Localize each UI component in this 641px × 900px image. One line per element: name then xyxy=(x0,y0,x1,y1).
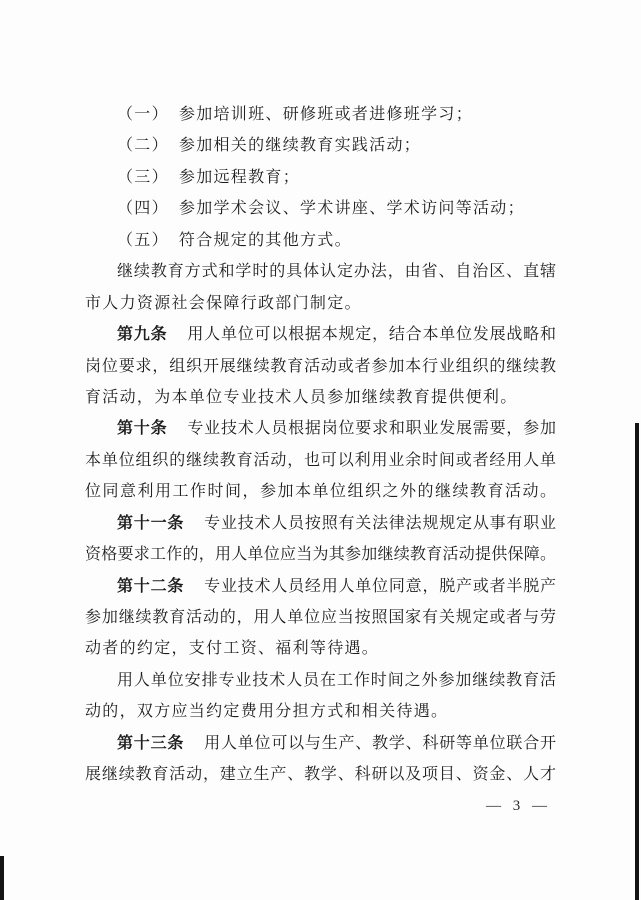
document-line: 展继续教育活动，建立生产、教学、科研以及项目、资金、人才 xyxy=(85,759,556,790)
document-line: 第十二条专业技术人员经用人单位同意，脱产或者半脱产 xyxy=(85,571,556,602)
line-text: 参加相关的继续教育实践活动； xyxy=(179,137,421,154)
article-number: 第十条 xyxy=(117,420,167,437)
line-text: 用人单位可以与生产、教学、科研等单位联合开 xyxy=(204,735,556,752)
document-line: 第十条专业技术人员根据岗位要求和职业发展需要，参加 xyxy=(85,413,556,444)
article-number: 第十二条 xyxy=(117,578,184,595)
document-line: 第十三条用人单位可以与生产、教学、科研等单位联合开 xyxy=(85,728,556,759)
list-item-number: （四） xyxy=(117,200,169,217)
line-text: 继续教育方式和学时的具体认定办法，由省、自治区、直辖 xyxy=(117,263,556,280)
line-text: 动的，双方应当约定费用分担方式和相关待遇。 xyxy=(85,703,448,720)
document-line: （二）参加相关的继续教育实践活动； xyxy=(85,130,556,161)
document-line: （一）参加培训班、研修班或者进修班学习； xyxy=(85,99,556,130)
line-text: 专业技术人员根据岗位要求和职业发展需要，参加 xyxy=(187,420,556,437)
line-text: 参加学术会议、学术讲座、学术访问等活动； xyxy=(179,200,525,217)
line-text: 育活动，为本单位专业技术人员参加继续教育提供便利。 xyxy=(85,389,518,406)
document-body: （一）参加培训班、研修班或者进修班学习； （二）参加相关的继续教育实践活动； （… xyxy=(85,99,556,791)
line-text: 参加远程教育； xyxy=(179,169,300,186)
document-line: 岗位要求，组织开展继续教育活动或者参加本行业组织的继续教 xyxy=(85,351,556,382)
document-page: （一）参加培训班、研修班或者进修班学习； （二）参加相关的继续教育实践活动； （… xyxy=(0,0,641,900)
document-line: （三）参加远程教育； xyxy=(85,162,556,193)
list-item-number: （五） xyxy=(117,232,169,249)
line-text: 市人力资源社会保障行政部门制定。 xyxy=(85,295,362,312)
document-line: 位同意利用工作时间，参加本单位组织之外的继续教育活动。 xyxy=(85,476,556,507)
page-number: — 3 — xyxy=(486,798,551,815)
article-number: 第九条 xyxy=(117,326,167,343)
line-text: 专业技术人员按照有关法律法规规定从事有职业 xyxy=(204,515,556,532)
line-text: 岗位要求，组织开展继续教育活动或者参加本行业组织的继续教 xyxy=(85,358,556,375)
document-line: 动的，双方应当约定费用分担方式和相关待遇。 xyxy=(85,696,556,727)
document-line: 动者的约定，支付工资、福利等待遇。 xyxy=(85,633,556,664)
article-number: 第十一条 xyxy=(117,515,184,532)
line-text: 位同意利用工作时间，参加本单位组织之外的继续教育活动。 xyxy=(85,483,556,500)
line-text: 参加继续教育活动的，用人单位应当按照国家有关规定或者与劳 xyxy=(85,609,556,626)
list-item-number: （一） xyxy=(117,106,169,123)
document-line: （五）符合规定的其他方式。 xyxy=(85,225,556,256)
document-line: （四）参加学术会议、学术讲座、学术访问等活动； xyxy=(85,193,556,224)
document-line: 市人力资源社会保障行政部门制定。 xyxy=(85,288,556,319)
document-line: 参加继续教育活动的，用人单位应当按照国家有关规定或者与劳 xyxy=(85,602,556,633)
document-line: 第十一条专业技术人员按照有关法律法规规定从事有职业 xyxy=(85,508,556,539)
line-text: 展继续教育活动，建立生产、教学、科研以及项目、资金、人才 xyxy=(85,766,556,783)
line-text: 参加培训班、研修班或者进修班学习； xyxy=(179,106,473,123)
document-line: 本单位组织的继续教育活动，也可以利用业余时间或者经用人单 xyxy=(85,445,556,476)
document-line: 资格要求工作的，用人单位应当为其参加继续教育活动提供保障。 xyxy=(85,539,556,570)
article-number: 第十三条 xyxy=(117,735,184,752)
line-text: 符合规定的其他方式。 xyxy=(179,232,352,249)
document-line: 继续教育方式和学时的具体认定办法，由省、自治区、直辖 xyxy=(85,256,556,287)
line-text: 动者的约定，支付工资、福利等待遇。 xyxy=(85,640,379,657)
line-text: 用人单位可以根据本规定，结合本单位发展战略和 xyxy=(187,326,556,343)
line-text: 专业技术人员经用人单位同意，脱产或者半脱产 xyxy=(204,578,556,595)
line-text: 资格要求工作的，用人单位应当为其参加继续教育活动提供保障。 xyxy=(85,546,556,563)
line-text: 本单位组织的继续教育活动，也可以利用业余时间或者经用人单 xyxy=(85,452,556,469)
document-line: 第九条用人单位可以根据本规定，结合本单位发展战略和 xyxy=(85,319,556,350)
line-text: 用人单位安排专业技术人员在工作时间之外参加继续教育活 xyxy=(117,672,556,689)
document-line: 用人单位安排专业技术人员在工作时间之外参加继续教育活 xyxy=(85,665,556,696)
scan-edge-line xyxy=(635,423,639,900)
document-line: 育活动，为本单位专业技术人员参加继续教育提供便利。 xyxy=(85,382,556,413)
list-item-number: （二） xyxy=(117,137,169,154)
list-item-number: （三） xyxy=(117,169,169,186)
scan-corner-mark xyxy=(0,856,4,900)
